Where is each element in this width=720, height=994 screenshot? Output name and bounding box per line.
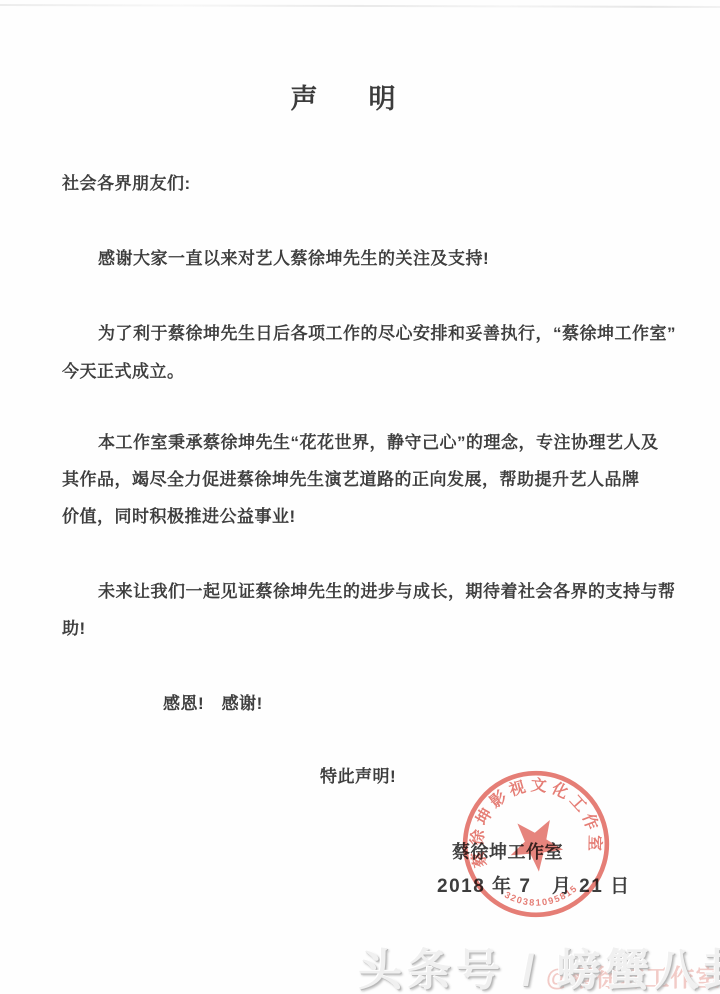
- toutiao-source-watermark: 头条号 / 螃蟹八卦社: [358, 934, 720, 994]
- paragraph-line: 为了利于蔡徐坤先生日后各项工作的尽心安排和妥善执行，“蔡徐坤工作室”: [98, 325, 676, 342]
- page-title: 声 明: [0, 86, 698, 113]
- greeting-line: 社会各界朋友们:: [62, 175, 191, 192]
- stamp-star-icon: [507, 819, 565, 874]
- paragraph-line: 本工作室秉承蔡徐坤先生“花花世界，静守己心”的理念，专注协理艺人及: [98, 434, 659, 451]
- paragraph-line: 其作品，竭尽全力促进蔡徐坤先生演艺道路的正向发展，帮助提升艺人品牌: [62, 471, 640, 488]
- closing-line: 特此声明!: [320, 768, 396, 785]
- paragraph-line: 感谢大家一直以来对艺人蔡徐坤先生的关注及支持!: [98, 250, 489, 267]
- paragraph-line: 助!: [62, 620, 86, 637]
- thanks-line: 感恩! 感谢!: [163, 695, 263, 712]
- paragraph-line: 价值，同时积极推进公益事业!: [62, 508, 296, 525]
- scanned-statement-page: 声 明 社会各界朋友们: 感谢大家一直以来对艺人蔡徐坤先生的关注及支持! 为了利…: [0, 0, 720, 994]
- paragraph-line: 今天正式成立。: [62, 363, 185, 380]
- paragraph-line: 未来让我们一起见证蔡徐坤先生的进步与成长，期待着社会各界的支持与帮: [98, 583, 676, 600]
- official-seal-stamp: 蔡徐坤影视文化工作室 320381095815: [451, 759, 620, 928]
- scan-edge-artifact: [0, 4, 720, 8]
